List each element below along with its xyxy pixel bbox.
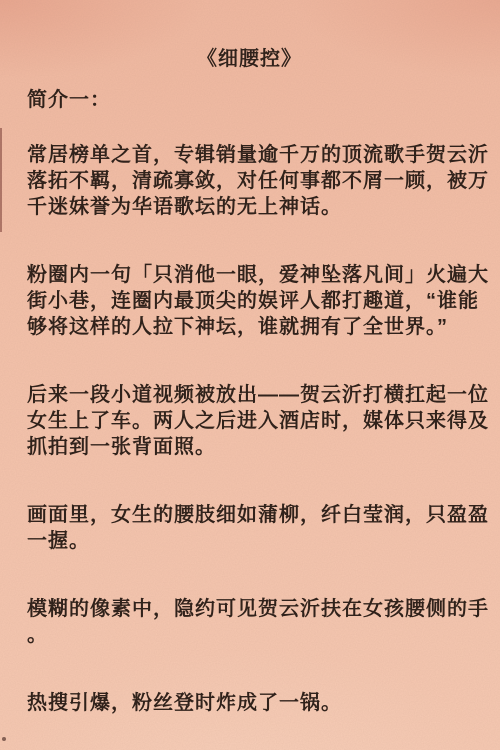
text-line: 后来一段小道视频被放出——贺云沂打横扛起一位: [27, 382, 472, 408]
paragraph-5: 模糊的像素中，隐约可见贺云沂扶在女孩腰侧的手 。: [27, 596, 472, 648]
text-line: 落拓不羁，清疏寡敛，对任何事都不屑一顾，被万: [27, 168, 472, 194]
text-line: 女生上了车。两人之后进入酒店时，媒体只来得及: [27, 408, 472, 434]
text-line: 常居榜单之首，专辑销量逾千万的顶流歌手贺云沂: [27, 142, 472, 168]
text-line: 模糊的像素中，隐约可见贺云沂扶在女孩腰侧的手: [27, 596, 472, 622]
paragraph-6: 热搜引爆，粉丝登时炸成了一锅。: [27, 690, 472, 716]
text-line: 够将这样的人拉下神坛，谁就拥有了全世界。”: [27, 314, 472, 340]
text-line: 。: [27, 622, 472, 648]
page-title: 《细腰控》: [27, 46, 472, 72]
text-line: 抓拍到一张背面照。: [27, 434, 472, 460]
paragraph-2: 粉圈内一句「只消他一眼，爱神坠落凡间」火遍大 街小巷，连圈内最顶尖的娱评人都打趣…: [27, 262, 472, 340]
text-line: 街小巷，连圈内最顶尖的娱评人都打趣道，“谁能: [27, 288, 472, 314]
text-line: 画面里，女生的腰肢细如蒲柳，纤白莹润，只盈盈: [27, 502, 472, 528]
text-line: 千迷妹誉为华语歌坛的无上神话。: [27, 194, 472, 220]
text-line: 粉圈内一句「只消他一眼，爱神坠落凡间」火遍大: [27, 262, 472, 288]
paragraph-4: 画面里，女生的腰肢细如蒲柳，纤白莹润，只盈盈 一握。: [27, 502, 472, 554]
text-line: 热搜引爆，粉丝登时炸成了一锅。: [27, 690, 472, 716]
paragraph-3: 后来一段小道视频被放出——贺云沂打横扛起一位 女生上了车。两人之后进入酒店时，媒…: [27, 382, 472, 460]
text-line: 一握。: [27, 528, 472, 554]
novel-intro-page: 《细腰控》 简介一： 常居榜单之首，专辑销量逾千万的顶流歌手贺云沂 落拓不羁，清…: [0, 0, 500, 750]
section-heading: 简介一：: [27, 87, 472, 113]
novel-intro-screen: 《细腰控》 简介一： 常居榜单之首，专辑销量逾千万的顶流歌手贺云沂 落拓不羁，清…: [0, 0, 500, 750]
paragraph-1: 常居榜单之首，专辑销量逾千万的顶流歌手贺云沂 落拓不羁，清疏寡敛，对任何事都不屑…: [27, 142, 472, 220]
